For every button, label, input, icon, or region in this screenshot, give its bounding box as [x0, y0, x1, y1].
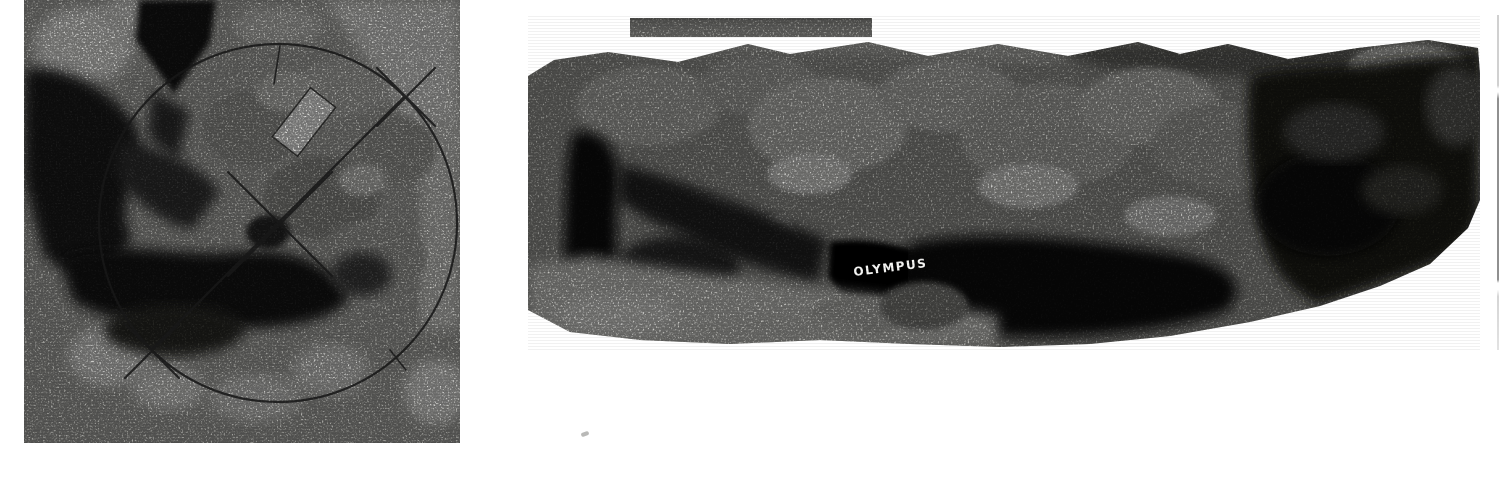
left-photo-overhead-feature	[24, 0, 460, 443]
right-photo-boulder-wall-panorama: OLYMPUS	[528, 14, 1480, 350]
right-photo-art: OLYMPUS	[528, 14, 1480, 350]
dust-speck	[581, 431, 590, 437]
figure-plate: OLYMPUS	[0, 0, 1503, 488]
page-edge-artifact-line	[1497, 15, 1499, 350]
left-photo-art	[24, 0, 460, 443]
